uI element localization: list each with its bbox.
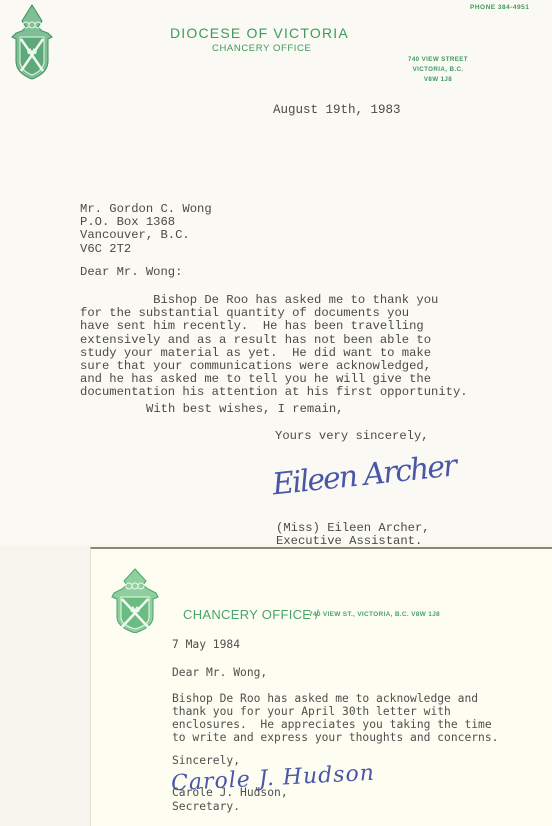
letter-date: August 19th, 1983 — [273, 104, 401, 117]
letter-body: Bishop De Roo has asked me to thank you … — [80, 294, 468, 400]
diocesan-crest-icon — [8, 3, 56, 81]
organization-name: DIOCESE OF VICTORIA — [170, 25, 349, 41]
recipient-line: Vancouver, B.C. — [80, 229, 212, 242]
signer-name: Carole J. Hudson, — [172, 786, 288, 799]
letter-1984-card: CHANCERY OFFICE / 740 VIEW ST., VICTORIA… — [90, 547, 552, 826]
office-name: CHANCERY OFFICE / — [183, 607, 319, 622]
office-address: 740 VIEW ST., VICTORIA, B.C. V8W 1J8 — [309, 611, 440, 618]
letter-body: Bishop De Roo has asked me to acknowledg… — [172, 692, 498, 744]
department-name: CHANCERY OFFICE — [212, 43, 311, 54]
closing: With best wishes, I remain, — [146, 403, 343, 416]
closing: Sincerely, — [172, 754, 240, 767]
valediction: Yours very sincerely, — [275, 430, 429, 443]
letter-date: 7 May 1984 — [172, 638, 240, 651]
letterhead-address: 740 VIEW STREET VICTORIA, B.C. V8W 1J8 — [388, 55, 488, 85]
body-line: enclosures. He appreciates you taking th… — [172, 718, 498, 731]
address-line: 740 VIEW STREET — [388, 55, 488, 65]
body-line: extensively and as a result has not been… — [80, 334, 468, 347]
salutation: Dear Mr. Wong, — [172, 666, 267, 679]
diocesan-crest-icon — [108, 567, 162, 633]
recipient-address: Mr. Gordon C. Wong P.O. Box 1368 Vancouv… — [80, 203, 212, 256]
address-line: V8W 1J8 — [388, 75, 488, 85]
signer-title: Secretary. — [172, 800, 240, 813]
address-line: VICTORIA, B.C. — [388, 65, 488, 75]
body-line: have sent him recently. He has been trav… — [80, 320, 468, 333]
phone-number: PHONE 384-4951 — [470, 4, 529, 11]
body-line: thank you for your April 30th letter wit… — [172, 705, 498, 718]
letter-1983: DIOCESE OF VICTORIA CHANCERY OFFICE PHON… — [0, 0, 552, 545]
salutation: Dear Mr. Wong: — [80, 266, 182, 279]
handwritten-signature: Eileen Archer — [271, 448, 457, 502]
recipient-line: V6C 2T2 — [80, 243, 212, 256]
body-line: to write and express your thoughts and c… — [172, 731, 498, 744]
body-line: Bishop De Roo has asked me to acknowledg… — [172, 692, 498, 705]
body-line: documentation his attention at his first… — [80, 386, 468, 399]
